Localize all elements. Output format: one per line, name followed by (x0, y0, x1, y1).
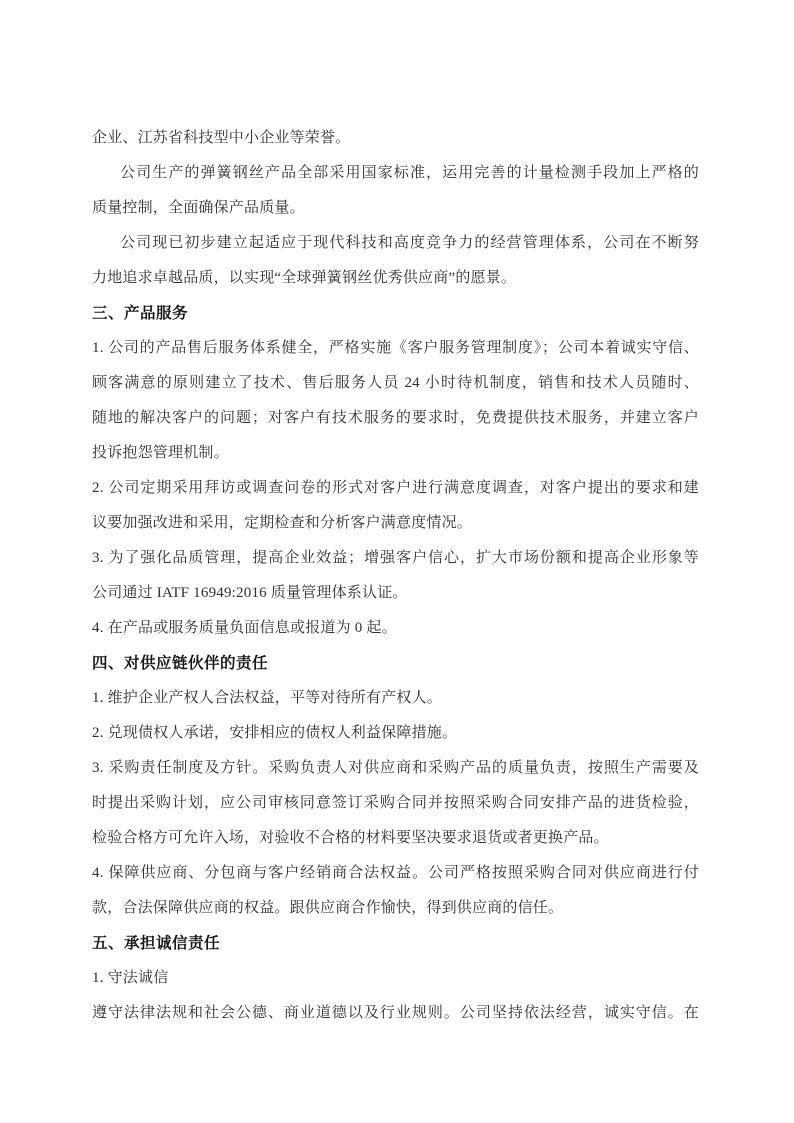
text-line: 4. 在产品或服务质量负面信息或报道为 0 起。 (92, 611, 699, 646)
section-heading: 三、产品服务 (92, 296, 699, 331)
document-page: 企业、江苏省科技型中小企业等荣誉。公司生产的弹簧钢丝产品全部采用国家标准，运用完… (0, 0, 794, 1123)
section-heading: 五、承担诚信责任 (92, 926, 699, 961)
text-line: 遵守法律法规和社会公德、商业道德以及行业规则。公司坚持依法经营，诚实守信。在 (92, 996, 699, 1031)
text-line: 款，合法保障供应商的权益。跟供应商合作愉快，得到供应商的信任。 (92, 891, 699, 926)
text-line: 1. 守法诚信 (92, 961, 699, 996)
text-line: 公司生产的弹簧钢丝产品全部采用国家标准，运用完善的计量检测手段加上严格的 (92, 156, 699, 191)
text-line: 随地的解决客户的问题；对客户有技术服务的要求时，免费提供技术服务，并建立客户 (92, 401, 699, 436)
text-line: 2. 兑现债权人承诺，安排相应的债权人利益保障措施。 (92, 716, 699, 751)
text-line: 顾客满意的原则建立了技术、售后服务人员 24 小时待机制度，销售和技术人员随时、 (92, 366, 699, 401)
text-line: 3. 采购责任制度及方针。采购负责人对供应商和采购产品的质量负责，按照生产需要及 (92, 751, 699, 786)
document-body: 企业、江苏省科技型中小企业等荣誉。公司生产的弹簧钢丝产品全部采用国家标准，运用完… (92, 121, 699, 1031)
text-line: 1. 维护企业产权人合法权益，平等对待所有产权人。 (92, 681, 699, 716)
text-line: 时提出采购计划，应公司审核同意签订采购合同并按照采购合同安排产品的进货检验， (92, 786, 699, 821)
text-line: 3. 为了强化品质管理，提高企业效益；增强客户信心，扩大市场份额和提高企业形象等 (92, 541, 699, 576)
section-heading: 四、对供应链伙伴的责任 (92, 646, 699, 681)
text-line: 力地追求卓越品质，以实现“全球弹簧钢丝优秀供应商”的愿景。 (92, 261, 699, 296)
text-line: 2. 公司定期采用拜访或调查问卷的形式对客户进行满意度调查，对客户提出的要求和建 (92, 471, 699, 506)
text-line: 1. 公司的产品售后服务体系健全，严格实施《客户服务管理制度》；公司本着诚实守信… (92, 331, 699, 366)
text-line: 4. 保障供应商、分包商与客户经销商合法权益。公司严格按照采购合同对供应商进行付 (92, 856, 699, 891)
text-line: 投诉抱怨管理机制。 (92, 436, 699, 471)
text-line: 质量控制，全面确保产品质量。 (92, 191, 699, 226)
text-line: 公司通过 IATF 16949:2016 质量管理体系认证。 (92, 576, 699, 611)
text-line: 议要加强改进和采用，定期检查和分析客户满意度情况。 (92, 506, 699, 541)
text-line: 企业、江苏省科技型中小企业等荣誉。 (92, 121, 699, 156)
text-line: 检验合格方可允许入场，对验收不合格的材料要坚决要求退货或者更换产品。 (92, 821, 699, 856)
text-line: 公司现已初步建立起适应于现代科技和高度竞争力的经营管理体系，公司在不断努 (92, 226, 699, 261)
